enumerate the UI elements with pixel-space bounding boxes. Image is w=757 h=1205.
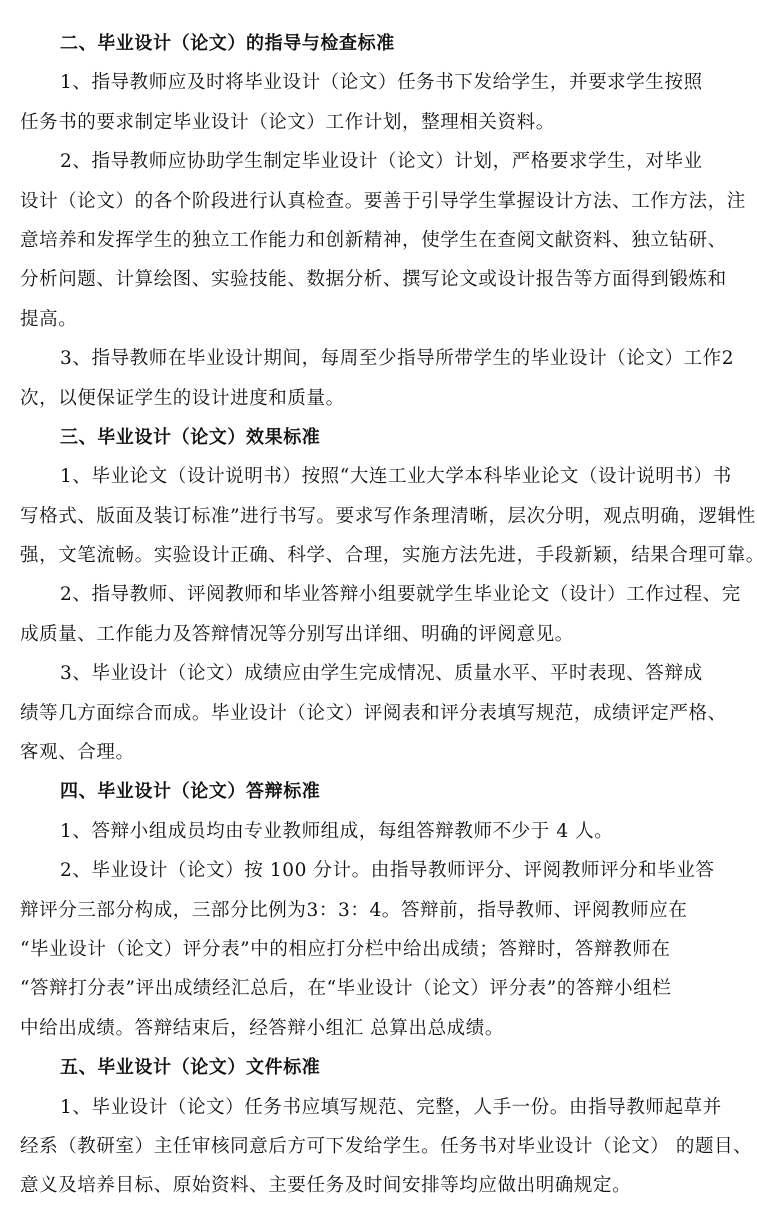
- paragraph-line: 1、指导教师应及时将毕业设计（论文）任务书下发给学生，并要求学生按照: [20, 63, 749, 102]
- paragraph-line: 任务书的要求制定毕业设计（论文）工作计划，整理相关资料。: [20, 103, 749, 142]
- paragraph-line: 设计（论文）的各个阶段进行认真检查。要善于引导学生掌握设计方法、工作方法，注: [20, 182, 749, 221]
- paragraph-line: 1、毕业设计（论文）任务书应填写规范、完整，人手一份。由指导教师起草并: [20, 1088, 749, 1127]
- paragraph-line: 成质量、工作能力及答辩情况等分别写出详细、明确的评阅意见。: [20, 615, 749, 654]
- paragraph-line: 意培养和发挥学生的独立工作能力和创新精神，使学生在查阅文献资料、独立钻研、: [20, 221, 749, 260]
- paragraph-line: 分析问题、计算绘图、实验技能、数据分析、撰写论文或设计报告等方面得到锻炼和: [20, 260, 749, 299]
- paragraph-line: 1、毕业论文（设计说明书）按照“大连工业大学本科毕业论文（设计说明书）书: [20, 457, 749, 496]
- paragraph-line: 3、毕业设计（论文）成绩应由学生完成情况、质量水平、平时表现、答辩成: [20, 654, 749, 693]
- paragraph-line: 经系（教研室）主任审核同意后方可下发给学生。任务书对毕业设计（论文） 的题目、: [20, 1127, 749, 1166]
- paragraph-line: 强，文笔流畅。实验设计正确、科学、合理，实施方法先进，手段新颖，结果合理可靠。: [20, 536, 749, 575]
- paragraph-line: “毕业设计（论文）评分表”中的相应打分栏中给出成绩；答辩时，答辩教师在: [20, 930, 749, 969]
- paragraph-line: 意义及培养目标、原始资料、主要任务及时间安排等均应做出明确规定。: [20, 1166, 749, 1205]
- section-heading: 二、毕业设计（论文）的指导与检查标准: [20, 24, 749, 63]
- paragraph-line: 写格式、版面及装订标准”进行书写。要求写作条理清晰，层次分明，观点明确，逻辑性: [20, 497, 749, 536]
- section-heading: 四、毕业设计（论文）答辩标准: [20, 772, 749, 811]
- paragraph-line: “答辩打分表”评出成绩经汇总后，在“毕业设计（论文）评分表”的答辩小组栏: [20, 969, 749, 1008]
- paragraph-line: 中给出成绩。答辩结束后，经答辩小组汇 总算出总成绩。: [20, 1009, 749, 1048]
- paragraph-line: 1、答辩小组成员均由专业教师组成，每组答辩教师不少于 4 人。: [20, 812, 749, 851]
- document-page: 二、毕业设计（论文）的指导与检查标准 1、指导教师应及时将毕业设计（论文）任务书…: [0, 0, 757, 1205]
- paragraph-line: 次，以便保证学生的设计进度和质量。: [20, 379, 749, 418]
- section-heading: 五、毕业设计（论文）文件标准: [20, 1048, 749, 1087]
- paragraph-line: 客观、合理。: [20, 733, 749, 772]
- paragraph-line: 提高。: [20, 300, 749, 339]
- paragraph-line: 绩等几方面综合而成。毕业设计（论文）评阅表和评分表填写规范，成绩评定严格、: [20, 694, 749, 733]
- paragraph-line: 2、指导教师、评阅教师和毕业答辩小组要就学生毕业论文（设计）工作过程、完: [20, 575, 749, 614]
- paragraph-line: 2、指导教师应协助学生制定毕业设计（论文）计划，严格要求学生，对毕业: [20, 142, 749, 181]
- section-heading: 三、毕业设计（论文）效果标准: [20, 418, 749, 457]
- paragraph-line: 3、指导教师在毕业设计期间，每周至少指导所带学生的毕业设计（论文）工作2: [20, 339, 749, 378]
- paragraph-line: 2、毕业设计（论文）按 100 分计。由指导教师评分、评阅教师评分和毕业答: [20, 851, 749, 890]
- paragraph-line: 辩评分三部分构成，三部分比例为3：3：4。答辩前，指导教师、评阅教师应在: [20, 891, 749, 930]
